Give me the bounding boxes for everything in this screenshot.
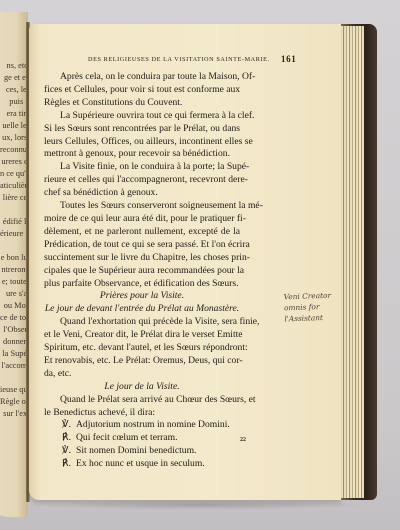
- left-page-line: reconnus: [0, 144, 28, 156]
- left-page-line: uelle les: [0, 120, 28, 132]
- left-page-line: ux, lors-: [0, 132, 28, 144]
- running-head: DES RELIGIEUSES DE LA VISITATION SAINTE-…: [88, 56, 270, 63]
- page-number: 161: [281, 54, 296, 64]
- left-page-line: ce de tous: [0, 312, 28, 324]
- versicle: ℟.Qui fecit cœlum et terram.: [44, 432, 240, 445]
- versicle-symbol: ℣.: [62, 419, 76, 432]
- heading-prayers: Prières pour la Visite.: [44, 290, 240, 303]
- left-page-line: édifié la: [0, 216, 28, 228]
- versicle-symbol: ℟.: [62, 432, 76, 445]
- versicle: ℣.Adjutorium nostrum in nomine Domini.: [44, 419, 240, 432]
- left-page-line: n ce qu'il: [0, 168, 28, 180]
- left-page-line: [0, 372, 28, 384]
- left-page-line: l'Obser-: [0, 324, 28, 336]
- left-page-text: ns, etc.ge et ences, lespuis ilera tireu…: [0, 60, 28, 420]
- text-line: succintement sur le livre du Chapitre, l…: [44, 252, 240, 265]
- left-page-line: sur l'ex-: [0, 408, 28, 420]
- text-line: fices et Cellules, pour voir si tout est…: [44, 84, 240, 97]
- left-page-line: donnera: [0, 336, 28, 348]
- text-line: Et renovabis, etc. Le Prélat: Oremus, De…: [44, 355, 240, 368]
- eve-paragraph: Quand l'exhortation qui précède la Visit…: [44, 316, 240, 381]
- text-line: Toutes les Sœurs conserveront soigneusem…: [44, 200, 240, 213]
- text-line: Règles et Constitutions du Couvent.: [44, 97, 240, 110]
- left-page-line: la Supé-: [0, 348, 28, 360]
- versicle-text: Sit nomen Domini benedictum.: [76, 445, 196, 456]
- text-line: dèlement, et ne parleront nullement, exc…: [44, 226, 240, 239]
- text-line: Si les Sœurs sont rencontrées par le Pré…: [44, 123, 240, 136]
- paragraph: Toutes les Sœurs conserveront soigneusem…: [44, 200, 240, 290]
- left-page-line: e; toutes: [0, 276, 28, 288]
- text-line: cipales que le Supérieur aura recommandé…: [44, 265, 240, 278]
- text-line: Prédication, de tout ce qui se sera pass…: [44, 239, 240, 252]
- paragraph: Après cela, on le conduira par toute la …: [44, 71, 240, 110]
- text-line: rieure et celles qui l'accompagneront, r…: [44, 174, 240, 187]
- versicle: ℣.Sit nomen Domini benedictum.: [44, 445, 240, 458]
- left-page-line: e bon lui: [0, 252, 28, 264]
- text-line: Après cela, on le conduira par toute la …: [44, 71, 240, 84]
- left-page-line: ns, etc.: [0, 60, 28, 72]
- text-line: Quand le Prélat sera arrivé au Chœur des…: [44, 394, 240, 407]
- versicle-text: Ex hoc nunc et usque in seculum.: [76, 458, 205, 469]
- paragraphs: Après cela, on le conduira par toute la …: [44, 71, 240, 290]
- text-line: Quand l'exhortation qui précède la Visit…: [44, 316, 240, 329]
- text-line: le Benedictus achevé, il dira:: [44, 407, 240, 420]
- left-page-line: ou Mon: [0, 300, 28, 312]
- left-page: ns, etc.ge et ences, lespuis ilera tireu…: [0, 12, 28, 517]
- paragraph: La Supérieure ouvrira tout ce qui fermer…: [44, 110, 240, 162]
- text-line: et le Veni, Creator dit, le Prélat dira …: [44, 329, 240, 342]
- text-line: plus parfaite Observance, et édification…: [44, 278, 240, 291]
- left-page-line: ure s'a-: [0, 288, 28, 300]
- versicle-text: Qui fecit cœlum et terram.: [76, 432, 178, 443]
- left-page-line: ureres et: [0, 156, 28, 168]
- signature-mark: 22: [240, 437, 246, 443]
- versicle-list: ℣.Adjutorium nostrum in nomine Domini.℟.…: [44, 419, 240, 471]
- versicle-text: Adjutorium nostrum in nomine Domini.: [76, 419, 230, 430]
- left-page-line: ge et en: [0, 72, 28, 84]
- left-page-line: puis il: [0, 96, 28, 108]
- text-line: leurs Cellules, Offices, ou ailleurs, in…: [44, 136, 240, 149]
- left-page-line: érieure la: [0, 228, 28, 240]
- versicle: ℟.Ex hoc nunc et usque in seculum.: [44, 458, 240, 471]
- page-shadow: [30, 500, 370, 510]
- page-body: Après cela, on le conduira par toute la …: [44, 71, 240, 471]
- left-page-line: Règle or-: [0, 396, 28, 408]
- text-line: chef sa bénédiction à genoux.: [44, 187, 240, 200]
- text-line: da, etc.: [44, 368, 240, 381]
- handwritten-note: Veni Creatoromnis forl'Assistant: [283, 290, 364, 325]
- text-line: Spiritum, etc. devant l'autel, et les Sœ…: [44, 342, 240, 355]
- left-page-line: ntreront,: [0, 264, 28, 276]
- heading-eve: Le jour de devant l'entrée du Prélat au …: [44, 303, 240, 316]
- versicle-symbol: ℟.: [62, 458, 76, 471]
- text-line: La Supérieure ouvrira tout ce qui fermer…: [44, 110, 240, 123]
- page-stack-edge: [338, 26, 364, 498]
- left-page-line: aticulière: [0, 180, 28, 192]
- left-page-line: ieuse qui: [0, 384, 28, 396]
- left-page-line: [0, 204, 28, 216]
- text-line: La Visite finie, on le conduira à la por…: [44, 161, 240, 174]
- text-line: mettront à genoux, pour recevoir sa béné…: [44, 148, 240, 161]
- left-page-line: era tire: [0, 108, 28, 120]
- day-paragraph: Quand le Prélat sera arrivé au Chœur des…: [44, 394, 240, 420]
- text-line: moire de ce qui leur aura été dit, pour …: [44, 213, 240, 226]
- left-page-line: lière ce-: [0, 192, 28, 204]
- versicle-symbol: ℣.: [62, 445, 76, 458]
- paragraph: La Visite finie, on le conduira à la por…: [44, 161, 240, 200]
- heading-day: Le jour de la Visite.: [44, 381, 240, 394]
- left-page-line: [0, 240, 28, 252]
- left-page-line: ces, les: [0, 84, 28, 96]
- left-page-line: l'accom-: [0, 360, 28, 372]
